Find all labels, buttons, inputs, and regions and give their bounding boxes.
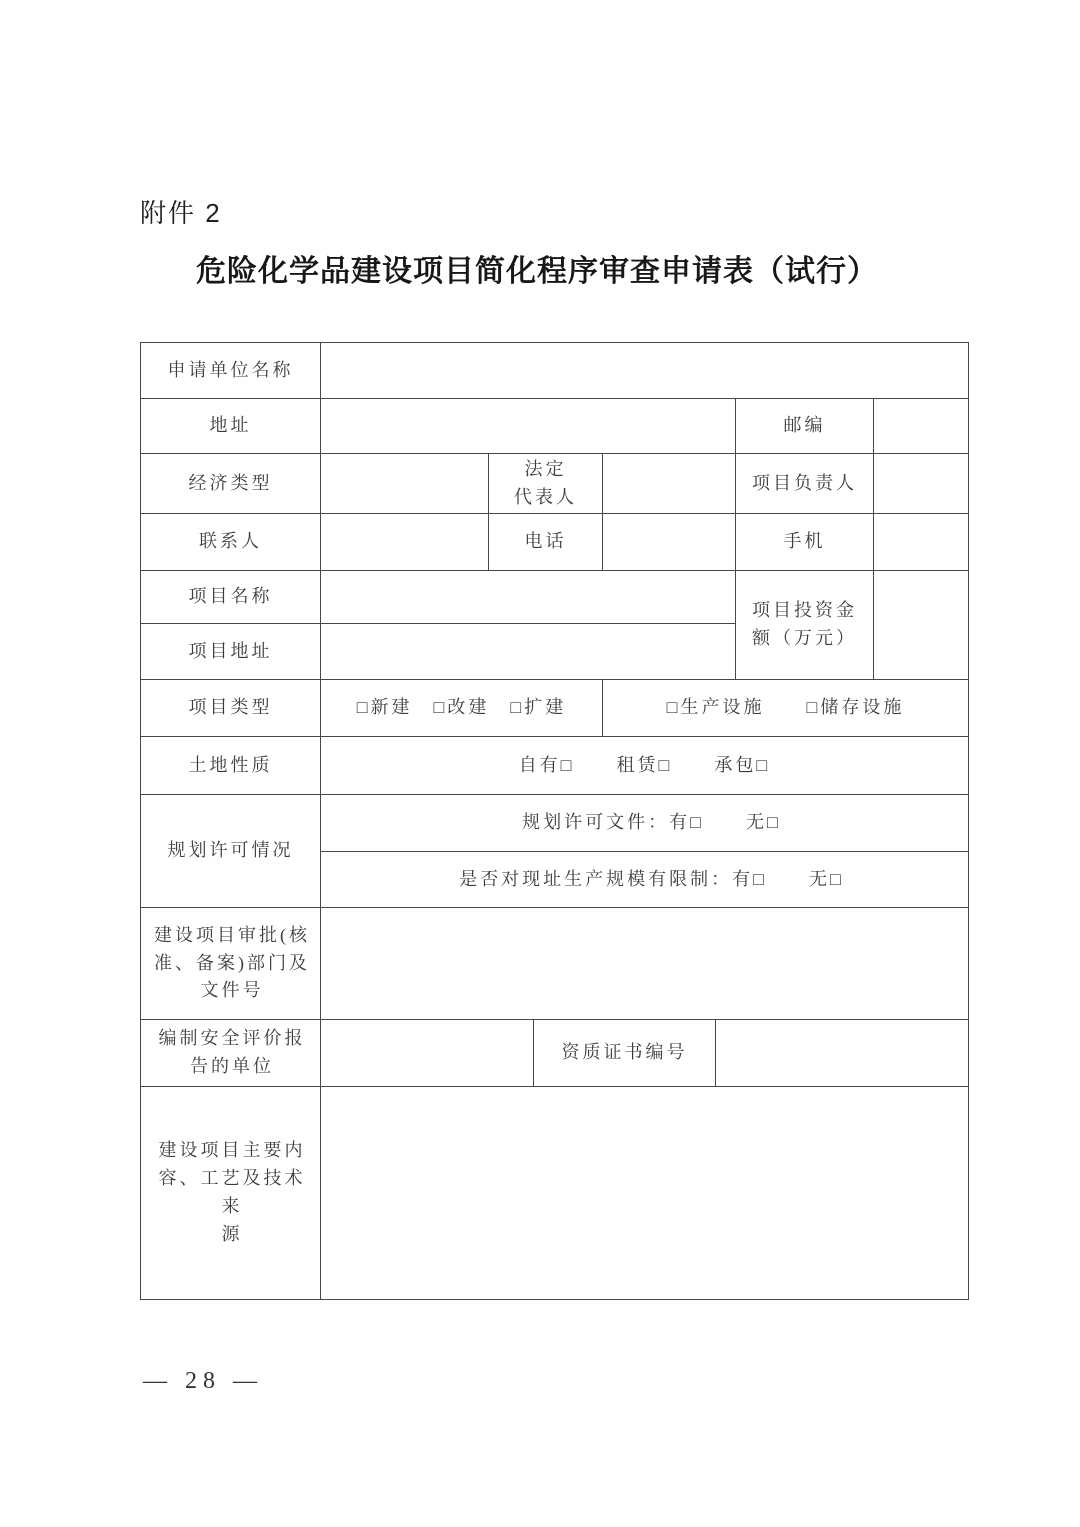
page-number: — 28 — <box>143 1368 263 1395</box>
qualification-cert-input-cell[interactable] <box>716 1020 969 1087</box>
contact-label: 联系人 <box>141 514 321 571</box>
phone-input-cell[interactable] <box>603 514 736 571</box>
planning-permit-label: 规划许可情况 <box>141 795 321 908</box>
row-project-name: 项目名称 项目投资金 额（万元） <box>141 571 969 624</box>
planning-scale-limit-checkboxes[interactable]: 是否对现址生产规模有限制：有□ 无□ <box>321 852 969 908</box>
safety-report-unit-label: 编制安全评价报 告的单位 <box>141 1020 321 1087</box>
main-content-input-cell[interactable] <box>321 1087 969 1300</box>
address-label: 地址 <box>141 399 321 454</box>
land-nature-label: 土地性质 <box>141 737 321 795</box>
document-page: 附件 2 危险化学品建设项目简化程序审查申请表（试行） 申请单位名称 地址 邮编… <box>0 0 1080 1527</box>
postcode-label: 邮编 <box>736 399 874 454</box>
project-type-facility-checkboxes[interactable]: □生产设施 □储存设施 <box>603 680 969 737</box>
project-name-input-cell[interactable] <box>321 571 736 624</box>
contact-input-cell[interactable] <box>321 514 489 571</box>
legal-rep-label: 法定 代表人 <box>489 454 603 514</box>
project-type-label: 项目类型 <box>141 680 321 737</box>
land-nature-checkboxes[interactable]: 自有□ 租赁□ 承包□ <box>321 737 969 795</box>
applicant-name-label: 申请单位名称 <box>141 343 321 399</box>
planning-permit-file-checkboxes[interactable]: 规划许可文件：有□ 无□ <box>321 795 969 852</box>
mobile-label: 手机 <box>736 514 874 571</box>
row-planning-permit-file: 规划许可情况 规划许可文件：有□ 无□ <box>141 795 969 852</box>
project-type-build-checkboxes[interactable]: □新建 □改建 □扩建 <box>321 680 603 737</box>
project-address-input-cell[interactable] <box>321 624 736 680</box>
qualification-cert-label: 资质证书编号 <box>534 1020 716 1087</box>
row-approval-dept: 建设项目审批(核 准、备案)部门及 文件号 <box>141 908 969 1020</box>
application-form-table: 申请单位名称 地址 邮编 经济类型 法定 代表人 项目负责人 联系人 电话 手机 <box>140 342 969 1300</box>
row-main-content: 建设项目主要内 容、工艺及技术来 源 <box>141 1087 969 1300</box>
row-economic-type: 经济类型 法定 代表人 项目负责人 <box>141 454 969 514</box>
row-safety-report-unit: 编制安全评价报 告的单位 资质证书编号 <box>141 1020 969 1087</box>
row-land-nature: 土地性质 自有□ 租赁□ 承包□ <box>141 737 969 795</box>
project-manager-label: 项目负责人 <box>736 454 874 514</box>
row-applicant-name: 申请单位名称 <box>141 343 969 399</box>
row-contact: 联系人 电话 手机 <box>141 514 969 571</box>
safety-report-unit-input-cell[interactable] <box>321 1020 534 1087</box>
phone-label: 电话 <box>489 514 603 571</box>
row-project-type: 项目类型 □新建 □改建 □扩建 □生产设施 □储存设施 <box>141 680 969 737</box>
approval-dept-label: 建设项目审批(核 准、备案)部门及 文件号 <box>141 908 321 1020</box>
address-input-cell[interactable] <box>321 399 736 454</box>
page-title: 危险化学品建设项目简化程序审查申请表（试行） <box>196 246 878 290</box>
row-address: 地址 邮编 <box>141 399 969 454</box>
applicant-name-input-cell[interactable] <box>321 343 969 399</box>
project-address-label: 项目地址 <box>141 624 321 680</box>
main-content-label: 建设项目主要内 容、工艺及技术来 源 <box>141 1087 321 1300</box>
postcode-input-cell[interactable] <box>874 399 969 454</box>
legal-rep-input-cell[interactable] <box>603 454 736 514</box>
investment-amount-input-cell[interactable] <box>874 571 969 680</box>
attachment-label: 附件 2 <box>140 193 222 230</box>
economic-type-input-cell[interactable] <box>321 454 489 514</box>
project-name-label: 项目名称 <box>141 571 321 624</box>
mobile-input-cell[interactable] <box>874 514 969 571</box>
economic-type-label: 经济类型 <box>141 454 321 514</box>
project-manager-input-cell[interactable] <box>874 454 969 514</box>
investment-amount-label: 项目投资金 额（万元） <box>736 571 874 680</box>
approval-dept-input-cell[interactable] <box>321 908 969 1020</box>
